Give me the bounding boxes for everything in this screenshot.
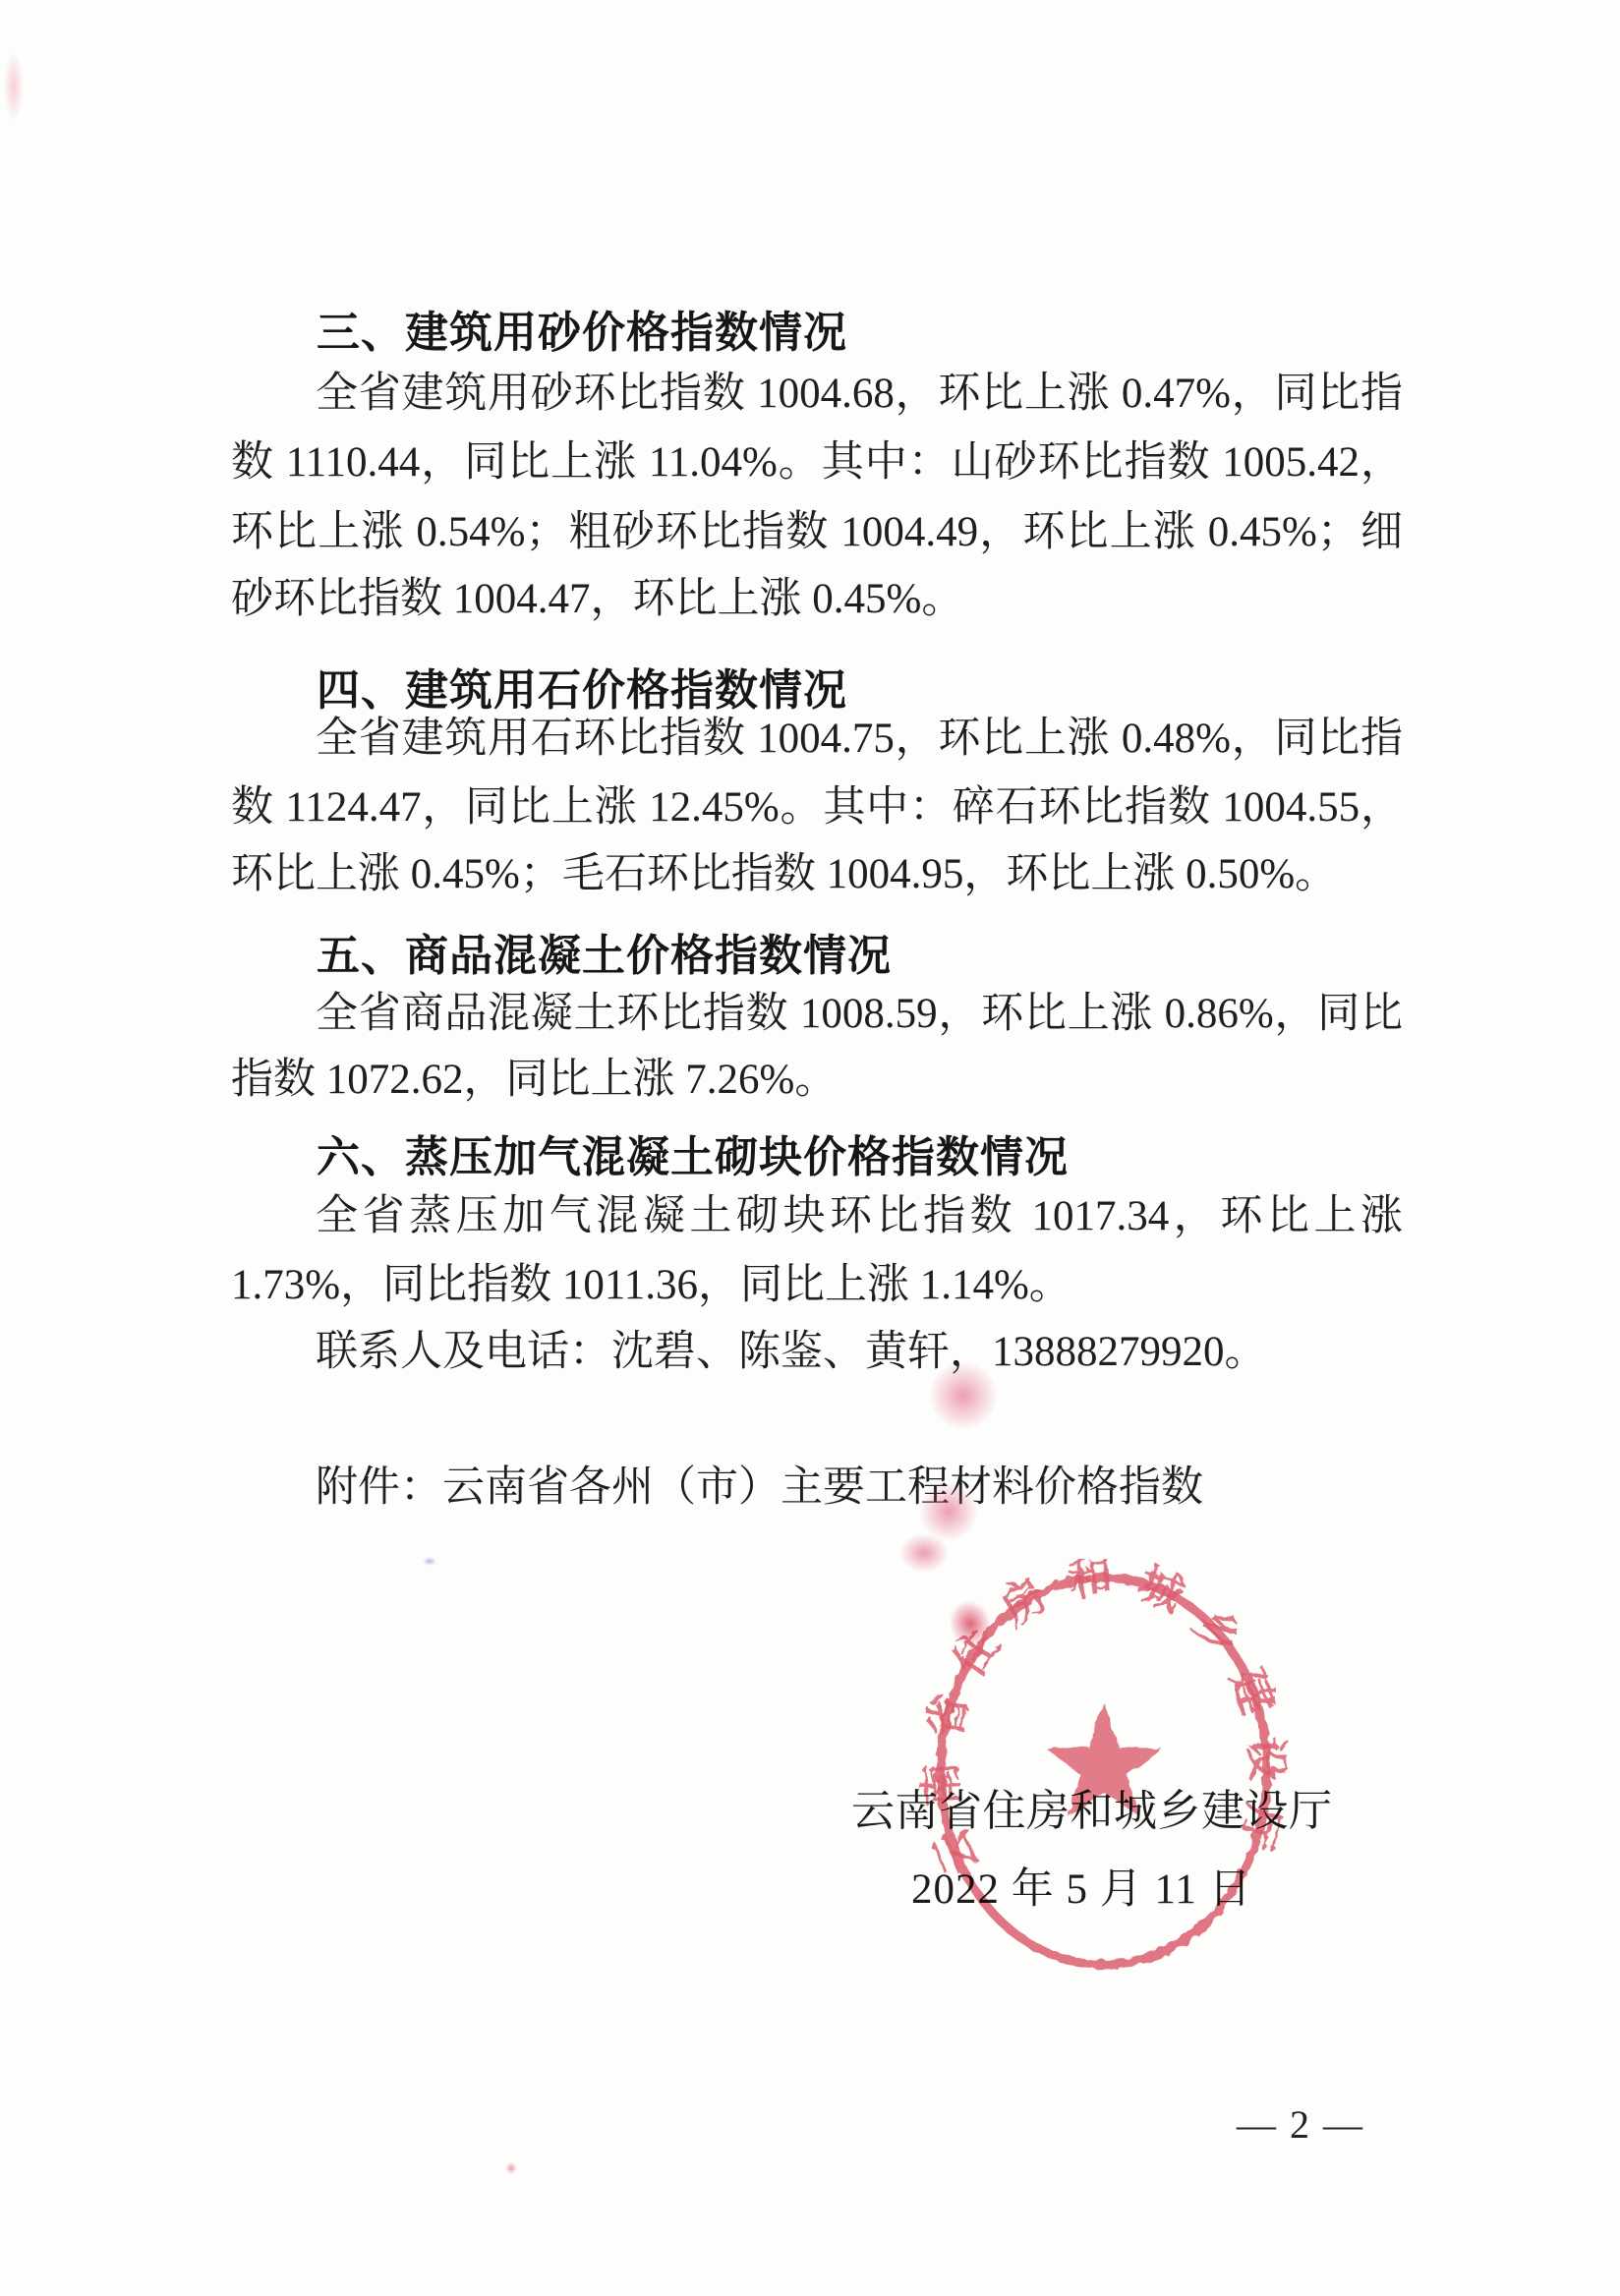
- contact-line: 联系人及电话：沈碧、陈鉴、黄轩，13888279920。: [231, 1327, 1403, 1378]
- body-line: 环比上涨 0.54%；粗砂环比指数 1004.49，环比上涨 0.45%；细: [231, 507, 1403, 558]
- section-heading: 五、商品混凝土价格指数情况: [317, 920, 892, 983]
- body-line: 数 1124.47，同比上涨 12.45%。其中：碎石环比指数 1004.55，: [231, 782, 1403, 833]
- body-line: 全省商品混凝土环比指数 1008.59，环比上涨 0.86%，同比: [231, 989, 1403, 1040]
- body-line: 砂环比指数 1004.47，环比上涨 0.45%。: [231, 574, 1403, 625]
- page-number: — 2 —: [1237, 2101, 1364, 2148]
- section-heading: 六、蒸压加气混凝土砌块价格指数情况: [317, 1121, 1069, 1184]
- body-line: 环比上涨 0.45%；毛石环比指数 1004.95，环比上涨 0.50%。: [231, 849, 1403, 900]
- body-line: 全省建筑用石环比指数 1004.75，环比上涨 0.48%，同比指: [231, 714, 1403, 765]
- body-line: 全省蒸压加气混凝土砌块环比指数 1017.34，环比上涨: [231, 1191, 1403, 1242]
- attachment-line: 附件：云南省各州（市）主要工程材料价格指数: [231, 1463, 1403, 1514]
- ink-smudge: [505, 2162, 517, 2174]
- seal-star-icon: [1046, 1702, 1162, 1816]
- section-heading: 三、建筑用砂价格指数情况: [317, 297, 847, 360]
- ink-smudge: [4, 51, 24, 122]
- body-line: 指数 1072.62，同比上涨 7.26%。: [231, 1055, 1403, 1106]
- official-seal: 云南省住房和城乡建设厅: [917, 1559, 1291, 1983]
- body-line: 1.73%，同比指数 1011.36，同比上涨 1.14%。: [231, 1260, 1403, 1311]
- body-line: 数 1110.44，同比上涨 11.04%。其中：山砂环比指数 1005.42，: [231, 437, 1403, 488]
- body-line: 全省建筑用砂环比指数 1004.68，环比上涨 0.47%，同比指: [231, 369, 1403, 420]
- section-heading: 四、建筑用石价格指数情况: [317, 655, 847, 717]
- ink-smudge: [423, 1557, 436, 1566]
- document-page: 三、建筑用砂价格指数情况 全省建筑用砂环比指数 1004.68，环比上涨 0.4…: [0, 0, 1620, 2296]
